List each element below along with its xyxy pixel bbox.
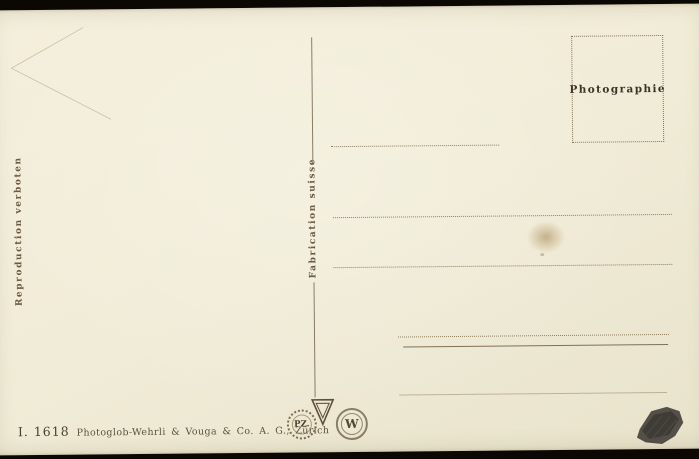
address-line-3 (333, 264, 672, 268)
imprint-number: I. 1618 (18, 424, 70, 439)
stain-spot (527, 221, 565, 253)
scan-background: { "postcard": { "left_notice": "Reproduc… (0, 0, 699, 459)
address-line-4 (398, 334, 669, 338)
reproduction-notice: Reproduction verboten (13, 176, 24, 306)
pz-seal-text: PZ. (294, 419, 310, 429)
w-seal-text: W (345, 417, 359, 431)
fabrication-notice: Fabrication suisse (307, 162, 318, 278)
address-line-1 (331, 145, 499, 148)
postcard-back: Reproduction verboten Fabrication suisse… (0, 4, 699, 456)
v-triangle-logo (311, 398, 335, 426)
stain-dot (540, 253, 544, 256)
stamp-box-label: Photographie (569, 82, 666, 95)
stamp-box: Photographie (571, 35, 664, 143)
crease-line (0, 9, 191, 151)
ink-smudge (627, 400, 696, 459)
address-line-5 (403, 344, 668, 348)
divider-line-lower (314, 282, 316, 397)
address-line-6 (400, 392, 667, 396)
imprint: I. 1618 Photoglob-Wehrli & Vouga & Co. A… (18, 421, 330, 439)
address-line-2 (333, 214, 672, 218)
w-seal-logo: W (336, 408, 368, 440)
divider-line-upper (311, 37, 313, 163)
